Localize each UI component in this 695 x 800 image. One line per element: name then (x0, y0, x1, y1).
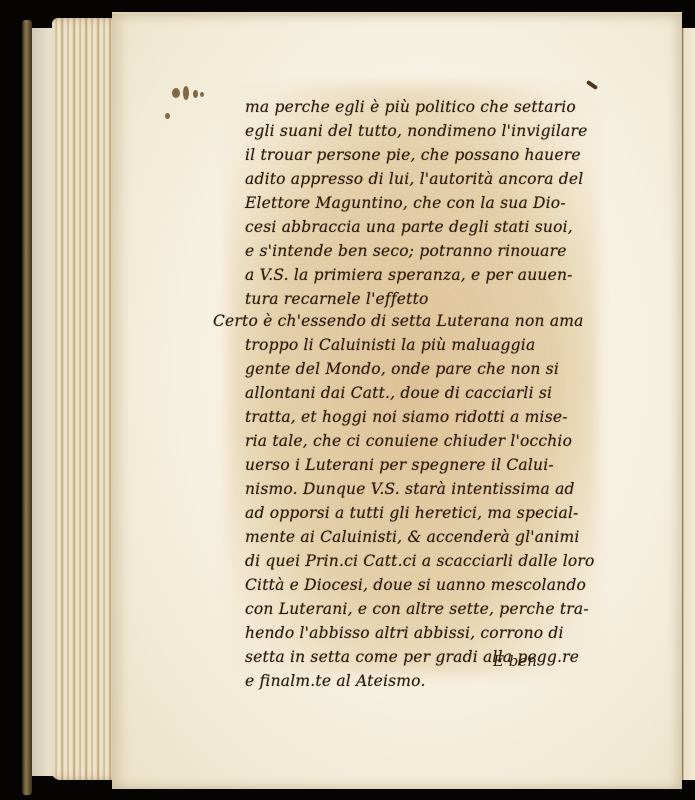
text-line: troppo li Caluinisti la più maluaggia (245, 336, 535, 354)
catchword: E ben (493, 652, 537, 670)
text-line: mente ai Caluinisti, & accenderà gl'anim… (245, 528, 580, 546)
text-line: ad opporsi a tutti gli heretici, ma spec… (245, 504, 579, 522)
text-line: tura recarnele l'effetto (245, 290, 429, 308)
text-line: nismo. Dunque V.S. starà intentissima ad (245, 480, 575, 498)
text-line: con Luterani, e con altre sette, perche … (245, 600, 589, 618)
text-line: gente del Mondo, onde pare che non si (245, 360, 559, 378)
text-line: ma perche egli è più politico che settar… (245, 98, 576, 116)
text-line: adito appresso di lui, l'autorità ancora… (245, 170, 583, 188)
text-line: a V.S. la primiera speranza, e per auuen… (245, 266, 573, 284)
text-line: ria tale, che ci conuiene chiuder l'occh… (245, 432, 572, 450)
text-line: Certo è ch'essendo di setta Luterana non… (213, 312, 584, 330)
text-line: Elettore Maguntino, che con la sua Dio- (245, 194, 566, 212)
text-line: di quei Prin.ci Catt.ci a scacciarli dal… (245, 552, 595, 570)
text-line: e finalm.te al Ateismo. (245, 672, 426, 690)
text-line: uerso i Luterani per spegnere il Calui- (245, 456, 554, 474)
text-line: allontani dai Catt., doue di cacciarli s… (245, 384, 552, 402)
text-line: egli suani del tutto, nondimeno l'invigi… (245, 122, 587, 140)
text-line: cesi abbraccia una parte degli stati suo… (245, 218, 573, 236)
text-line: tratta, et hoggi noi siamo ridotti a mis… (245, 408, 568, 426)
text-line: Città e Diocesi, doue si uanno mescoland… (245, 576, 586, 594)
text-line: hendo l'abbisso altri abbissi, corrono d… (245, 624, 564, 642)
text-line: il trouar persone pie, che possano hauer… (245, 146, 581, 164)
text-line: e s'intende ben seco; potranno rinouare (245, 242, 567, 260)
manuscript-text: ma perche egli è più politico che settar… (0, 0, 695, 800)
